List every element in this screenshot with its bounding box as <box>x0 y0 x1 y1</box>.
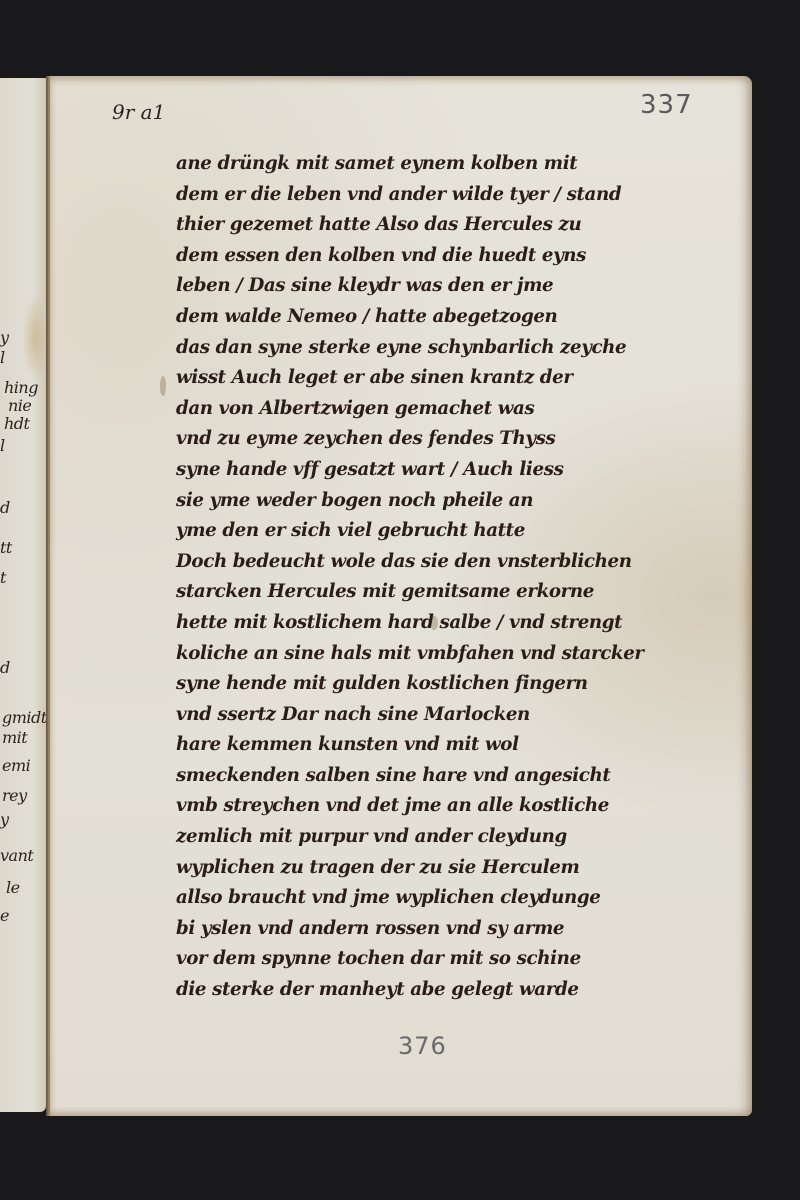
text-line: dem walde Nemeo / hatte abegetzogen <box>176 301 733 332</box>
left-page-fragment: rey <box>2 786 27 805</box>
left-page-fragment: le <box>6 878 20 897</box>
manuscript-text-block: ane drüngk mit samet eynem kolben mit de… <box>176 148 756 1005</box>
text-line: yme den er sich viel gebrucht hatte <box>176 515 733 546</box>
left-page-fragment: emi <box>2 756 30 775</box>
text-line: koliche an sine hals mit vmbfahen vnd st… <box>176 638 733 669</box>
text-line: dem er die leben vnd ander wilde tyer / … <box>176 179 733 210</box>
left-page-fragment: e <box>0 906 9 925</box>
left-page-fragment: gmidt <box>2 708 46 727</box>
text-line: allso braucht vnd jme wyplichen cleydung… <box>176 882 733 913</box>
text-line: Doch bedeucht wole das sie den vnsterbli… <box>176 546 733 577</box>
text-line: smeckenden salben sine hare vnd angesich… <box>176 760 733 791</box>
page-number-top: 337 <box>640 90 693 120</box>
text-line: bi yslen vnd andern rossen vnd sy arme <box>176 913 733 944</box>
text-line: dem essen den kolben vnd die huedt eyns <box>176 240 733 271</box>
ink-stain <box>160 376 166 396</box>
left-page-fragment: d <box>0 498 10 517</box>
left-page-fragment: nie <box>8 396 31 415</box>
text-line: hette mit kostlichem hard salbe / vnd st… <box>176 607 733 638</box>
left-page-fragment: t <box>0 568 6 587</box>
left-page-fragment: vant <box>0 846 33 865</box>
left-page-fragment: y <box>0 810 9 829</box>
left-page-fragment: l <box>0 348 5 367</box>
text-line: leben / Das sine kleydr was den er jme <box>176 270 733 301</box>
left-page-fragment: y <box>0 328 9 347</box>
text-line: vmb streychen vnd det jme an alle kostli… <box>176 790 733 821</box>
left-page-edge: y l hing nie hdt l d tt t d gmidt mit em… <box>0 78 46 1112</box>
text-line: das dan syne sterke eyne schynbarlich ze… <box>176 332 733 363</box>
text-line: vor dem spynne tochen dar mit so schine <box>176 943 733 974</box>
left-page-fragment: hdt <box>4 414 29 433</box>
text-line: ane drüngk mit samet eynem kolben mit <box>176 148 733 179</box>
text-line: sie yme weder bogen noch pheile an <box>176 485 733 516</box>
left-page-fragment: tt <box>0 538 12 557</box>
left-page-fragment: hing <box>4 378 38 397</box>
text-line: wisst Auch leget er abe sinen krantz der <box>176 362 733 393</box>
text-line: dan von Albertzwigen gemachet was <box>176 393 733 424</box>
text-line: die sterke der manheyt abe gelegt warde <box>176 974 733 1005</box>
left-page-fragment: d <box>0 658 10 677</box>
text-line: starcken Hercules mit gemitsame erkorne <box>176 576 733 607</box>
text-line: thier gezemet hatte Also das Hercules zu <box>176 209 733 240</box>
text-line: zemlich mit purpur vnd ander cleydung <box>176 821 733 852</box>
folio-mark: 9r a1 <box>112 100 165 124</box>
text-line: vnd zu eyme zeychen des fendes Thyss <box>176 423 733 454</box>
water-stain <box>22 293 46 383</box>
page-number-bottom: 376 <box>398 1032 447 1060</box>
left-page-fragment: mit <box>2 728 27 747</box>
text-line: wyplichen zu tragen der zu sie Herculem <box>176 852 733 883</box>
text-line: syne hande vff gesatzt wart / Auch liess <box>176 454 733 485</box>
text-line: syne hende mit gulden kostlichen fingern <box>176 668 733 699</box>
left-page-fragment: l <box>0 436 5 455</box>
text-line: hare kemmen kunsten vnd mit wol <box>176 729 733 760</box>
text-line: vnd ssertz Dar nach sine Marlocken <box>176 699 733 730</box>
